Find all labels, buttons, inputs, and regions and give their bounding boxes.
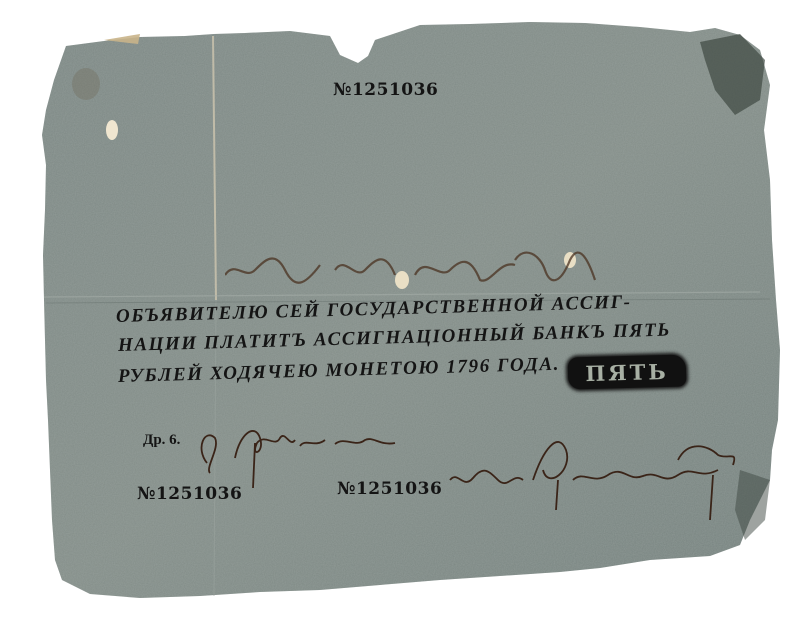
denomination-stamp: ПЯТЬ (568, 354, 687, 389)
serial-number-top: №1251036 (333, 80, 438, 100)
signature-right (448, 430, 748, 525)
signature-top (225, 240, 605, 295)
series-label: Др. 6. (143, 432, 180, 449)
serial-number-bottom-left: №1251036 (137, 484, 242, 504)
signature-left (195, 418, 415, 488)
serial-number-bottom-right: №1251036 (337, 479, 442, 499)
banknote-scan: №1251036 ОБЪЯВИТЕЛЮ СЕЙ ГОСУДАРСТВЕННОЙ … (0, 0, 800, 617)
denomination-text: ПЯТЬ (585, 358, 669, 385)
